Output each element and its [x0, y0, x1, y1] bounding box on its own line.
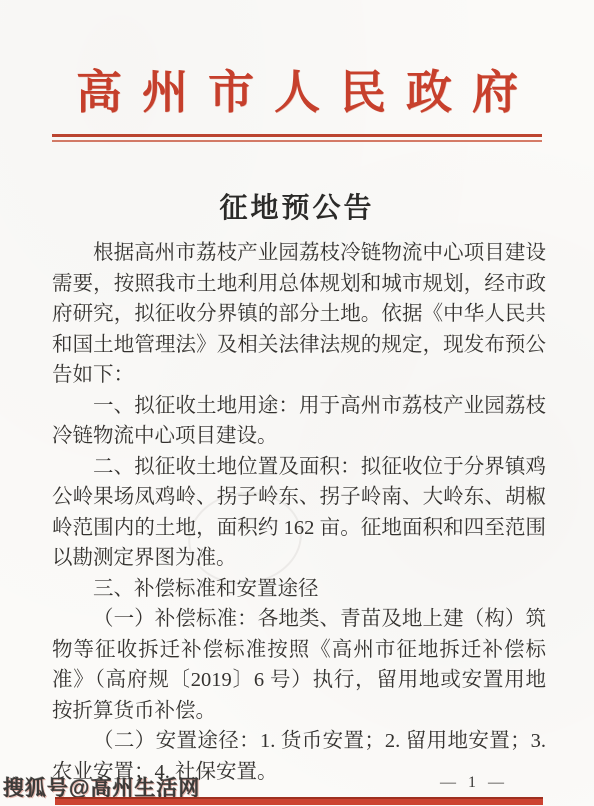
paragraph-intro: 根据高州市荔枝产业园荔枝冷链物流中心项目建设需要，按照我市土地利用总体规划和城市…: [52, 238, 546, 391]
document-page: 高州市人民政府 征地预公告 根据高州市荔枝产业园荔枝冷链物流中心项目建设需要，按…: [0, 0, 594, 806]
paragraph-item-3-heading: 三、补偿标准和安置途径: [52, 574, 546, 605]
page-number: — 1 —: [440, 774, 508, 792]
paragraph-item-2-location-area: 二、拟征收土地位置及面积：拟征收位于分界镇鸡公岭果场凤鸡岭、拐子岭东、拐子岭南、…: [52, 452, 546, 574]
paragraph-item-3-1-compensation: （一）补偿标准：各地类、青苗及地上建（构）筑物等征收拆迁补偿标准按照《高州市征地…: [52, 604, 546, 726]
paragraph-item-1-land-use: 一、拟征收土地用途：用于高州市荔枝产业园荔枝冷链物流中心项目建设。: [52, 391, 546, 452]
letterhead-divider-thin-line: [52, 140, 542, 142]
letterhead-divider-thick-line: [52, 134, 542, 137]
document-title: 征地预公告: [0, 186, 594, 226]
document-body: 根据高州市荔枝产业园荔枝冷链物流中心项目建设需要，按照我市土地利用总体规划和城市…: [52, 238, 546, 787]
bottom-red-bar: [55, 797, 543, 805]
government-letterhead-title: 高州市人民政府: [0, 0, 594, 119]
letterhead-divider: [52, 134, 542, 142]
